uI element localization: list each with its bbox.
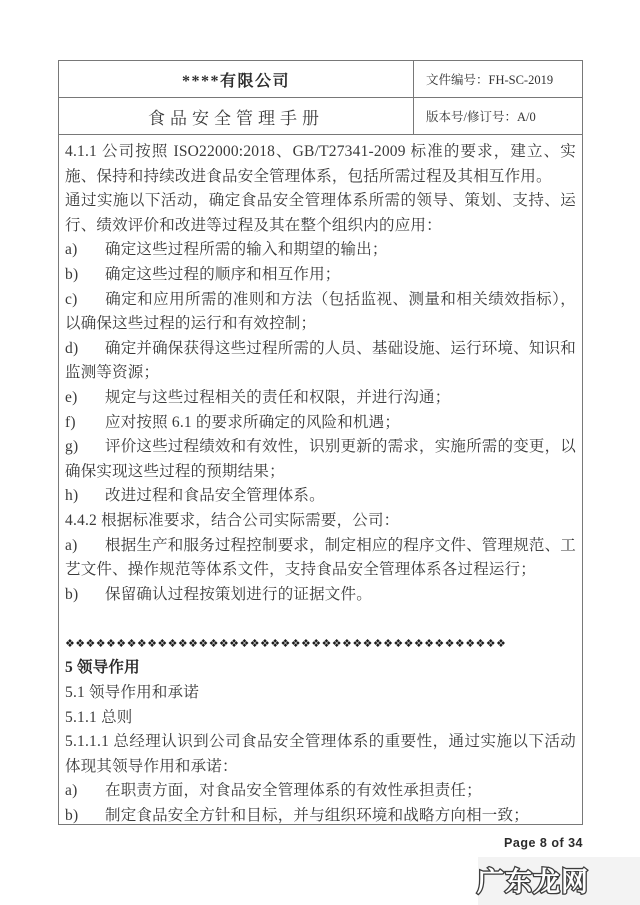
list-item-label: g) — [65, 435, 105, 460]
list-item: d)确定并确保获得这些过程所需的人员、基础设施、运行环境、知识和监测等资源； — [65, 337, 576, 386]
paragraph: 通过实施以下活动，确定食品安全管理体系所需的领导、策划、支持、运行、绩效评价和改… — [65, 189, 576, 238]
document-title: 食品安全管理手册 — [148, 104, 324, 129]
list-item: h)改进过程和食品安全管理体系。 — [65, 484, 576, 509]
list-item-label: h) — [65, 484, 105, 509]
document-page: ****有限公司 文件编号：FH-SC-2019 食品安全管理手册 版本号/修订… — [58, 60, 583, 825]
page-indicator: Page 8 of 34 — [504, 836, 583, 850]
header-cell-doc-number: 文件编号：FH-SC-2019 — [414, 61, 582, 97]
list-item-label: e) — [65, 386, 105, 411]
doc-number: 文件编号：FH-SC-2019 — [426, 70, 553, 88]
list-item-text: 应对按照 6.1 的要求所确定的风险和机遇； — [105, 414, 400, 431]
list-item: g)评价这些过程绩效和有效性，识别更新的需求，实施所需的变更，以确保实现这些过程… — [65, 435, 576, 484]
paragraph: 5.1.1.1 总经理认识到公司食品安全管理体系的重要性，通过实施以下活动体现其… — [65, 730, 576, 779]
list-item: a)根据生产和服务过程控制要求，制定相应的程序文件、管理规范、工艺文件、操作规范… — [65, 534, 576, 583]
header-cell-version: 版本号/修订号：A/0 — [414, 98, 582, 134]
paragraph: 5.1 领导作用和承诺 — [65, 681, 576, 706]
list-item: c)确定和应用所需的准则和方法（包括监视、测量和相关绩效指标），以确保这些过程的… — [65, 288, 576, 337]
paragraph: 4.4.2 根据标准要求，结合公司实际需要，公司： — [65, 509, 576, 534]
list-item: b)制定食品安全方针和目标，并与组织环境和战略方向相一致； — [65, 804, 576, 824]
list-item-text: 确定这些过程的顺序和相互作用； — [105, 266, 341, 283]
section-divider: ❖❖❖❖❖❖❖❖❖❖❖❖❖❖❖❖❖❖❖❖❖❖❖❖❖❖❖❖❖❖❖❖❖❖❖❖❖❖❖❖… — [65, 632, 576, 657]
list-item-label: f) — [65, 411, 105, 436]
version-number: 版本号/修订号：A/0 — [426, 107, 536, 125]
list-item-text: 评价这些过程绩效和有效性，识别更新的需求，实施所需的变更，以确保实现这些过程的预… — [65, 438, 576, 480]
site-watermark: 广东龙网 — [472, 862, 594, 904]
list-item: b)保留确认过程按策划进行的证据文件。 — [65, 583, 576, 608]
list-item-label: a) — [65, 238, 105, 263]
blank-line — [65, 607, 576, 632]
header-cell-company: ****有限公司 — [59, 61, 414, 97]
watermark-text: 广东龙网 — [477, 867, 589, 897]
list-item: e)规定与这些过程相关的责任和权限，并进行沟通； — [65, 386, 576, 411]
list-item-text: 规定与这些过程相关的责任和权限，并进行沟通； — [105, 389, 450, 406]
list-item-label: b) — [65, 583, 105, 608]
body-content: 4.1.1 公司按照 ISO22000:2018、GB/T27341-2009 … — [59, 135, 582, 824]
list-item-text: 在职责方面，对食品安全管理体系的有效性承担责任； — [105, 782, 482, 799]
list-item-label: b) — [65, 263, 105, 288]
list-item-text: 根据生产和服务过程控制要求，制定相应的程序文件、管理规范、工艺文件、操作规范等体… — [65, 537, 576, 579]
list-item-text: 保留确认过程按策划进行的证据文件。 — [105, 586, 372, 603]
list-item-label: a) — [65, 779, 105, 804]
paragraph: 4.1.1 公司按照 ISO22000:2018、GB/T27341-2009 … — [65, 140, 576, 189]
list-item-text: 改进过程和食品安全管理体系。 — [105, 487, 325, 504]
list-item-text: 制定食品安全方针和目标，并与组织环境和战略方向相一致； — [105, 807, 529, 824]
section-heading: 5 领导作用 — [65, 656, 576, 681]
list-item-label: c) — [65, 288, 105, 313]
list-item-label: a) — [65, 534, 105, 559]
list-item-text: 确定并确保获得这些过程所需的人员、基础设施、运行环境、知识和监测等资源； — [65, 340, 576, 382]
list-item: a)在职责方面，对食品安全管理体系的有效性承担责任； — [65, 779, 576, 804]
list-item: f)应对按照 6.1 的要求所确定的风险和机遇； — [65, 411, 576, 436]
list-item-text: 确定这些过程所需的输入和期望的输出； — [105, 241, 388, 258]
header-row-title: 食品安全管理手册 版本号/修订号：A/0 — [59, 98, 582, 135]
list-item-label: d) — [65, 337, 105, 362]
paragraph: 5.1.1 总则 — [65, 706, 576, 731]
list-item-text: 确定和应用所需的准则和方法（包括监视、测量和相关绩效指标），以确保这些过程的运行… — [65, 291, 576, 333]
header-cell-title: 食品安全管理手册 — [59, 98, 414, 134]
company-name: ****有限公司 — [182, 68, 290, 91]
list-item-label: b) — [65, 804, 105, 824]
header-row-company: ****有限公司 文件编号：FH-SC-2019 — [59, 61, 582, 98]
list-item: a)确定这些过程所需的输入和期望的输出； — [65, 238, 576, 263]
list-item: b)确定这些过程的顺序和相互作用； — [65, 263, 576, 288]
